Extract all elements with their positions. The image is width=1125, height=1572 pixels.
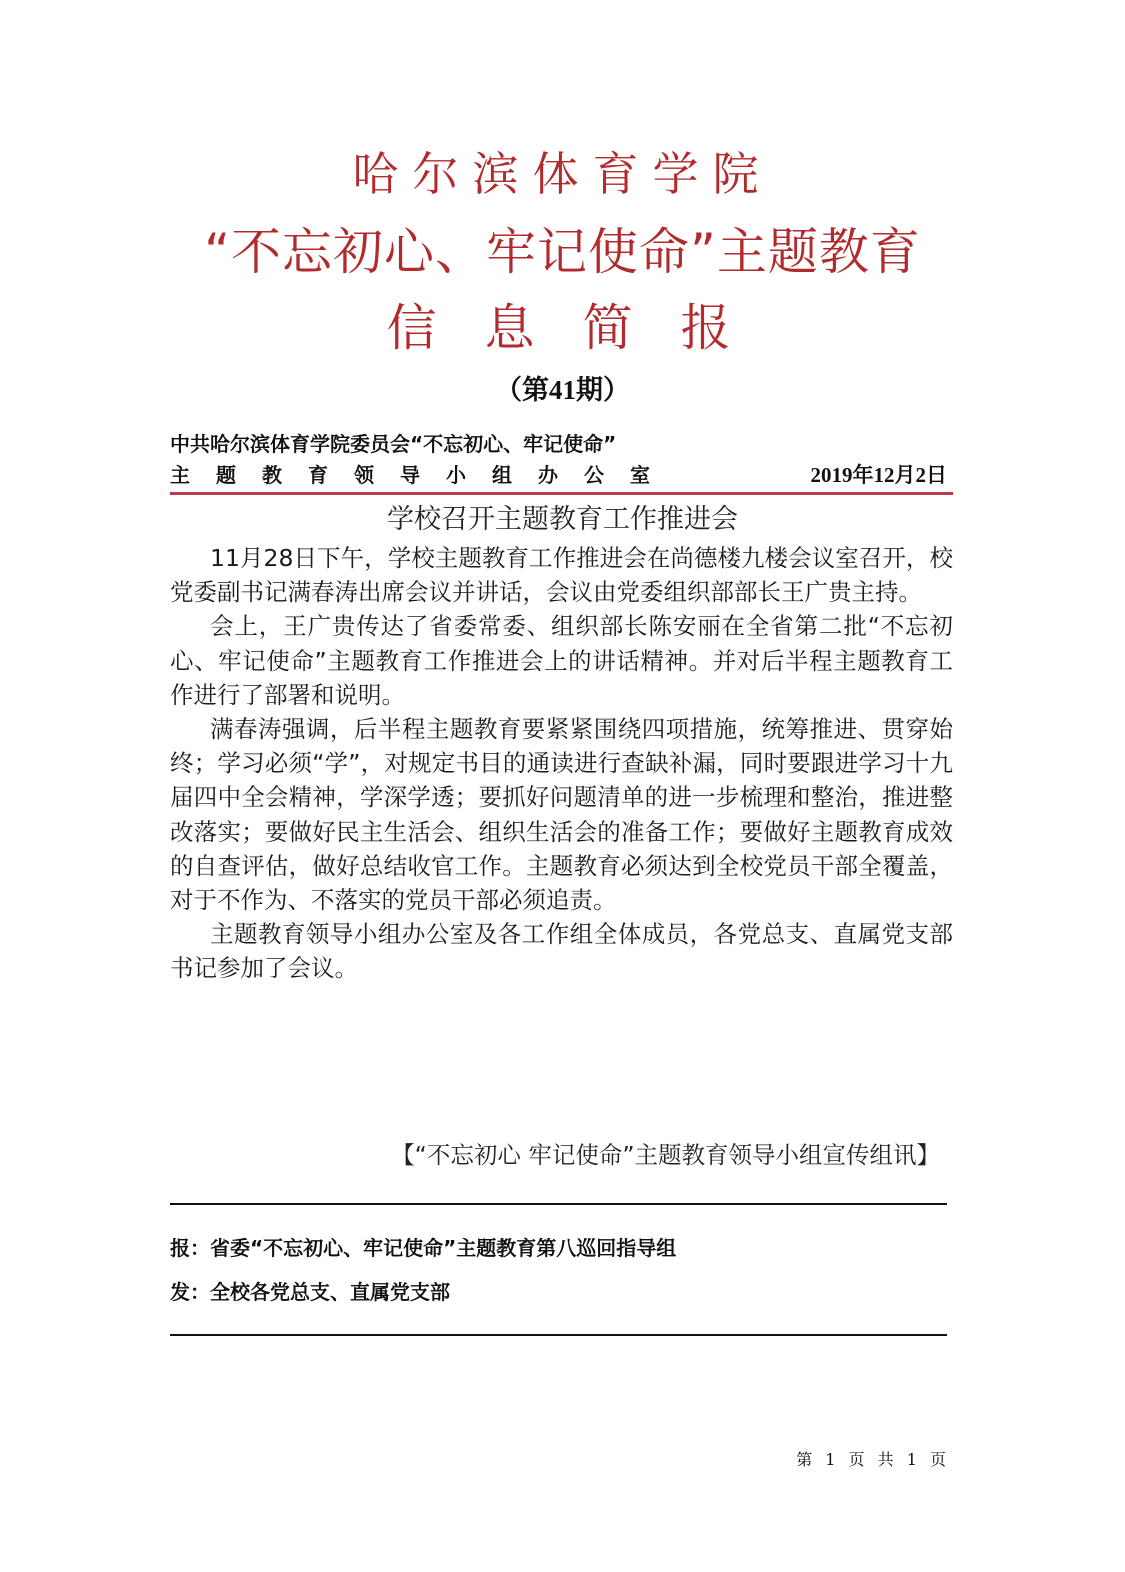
- article-paragraph: 11月28日下午，学校主题教育工作推进会在尚德楼九楼会议室召开，校党委副书记满春…: [170, 541, 953, 609]
- article-headline: 学校召开主题教育工作推进会: [0, 500, 1125, 540]
- article-signature: 【“不忘初心 牢记使命”主题教育领导小组宣传组讯】: [391, 1138, 940, 1172]
- title-bulletin: 信息简报: [0, 296, 1125, 360]
- issue-date: 2019年12月2日: [811, 460, 948, 490]
- article-paragraph: 会上，王广贵传达了省委常委、组织部长陈安丽在全省第二批“不忘初心、牢记使命”主题…: [170, 609, 953, 712]
- page-number: 第 1 页 共 1 页: [796, 1449, 950, 1471]
- issuing-org-line2: 主题教育领导小组办公室: [170, 460, 676, 490]
- header-divider: [170, 492, 953, 495]
- issue-number: （第41期）: [0, 368, 1125, 407]
- title-institution: 哈尔滨体育学院: [0, 142, 1125, 206]
- issuing-org-line1: 中共哈尔滨体育学院委员会“不忘初心、牢记使命”: [170, 429, 616, 459]
- article-body: 11月28日下午，学校主题教育工作推进会在尚德楼九楼会议室召开，校党委副书记满春…: [170, 541, 953, 986]
- send-to: 发：全校各党总支、直属党支部: [170, 1277, 450, 1307]
- article-paragraph: 主题教育领导小组办公室及各工作组全体成员，各党总支、直属党支部书记参加了会议。: [170, 917, 953, 985]
- distribution-bottom-divider: [170, 1334, 947, 1336]
- title-campaign: “不忘初心、牢记使命”主题教育: [0, 220, 1125, 284]
- article-paragraph: 满春涛强调，后半程主题教育要紧紧围绕四项措施，统筹推进、贯穿始终；学习必须“学”…: [170, 712, 953, 917]
- distribution-top-divider: [170, 1203, 947, 1205]
- report-to: 报：省委“不忘初心、牢记使命”主题教育第八巡回指导组: [170, 1233, 676, 1263]
